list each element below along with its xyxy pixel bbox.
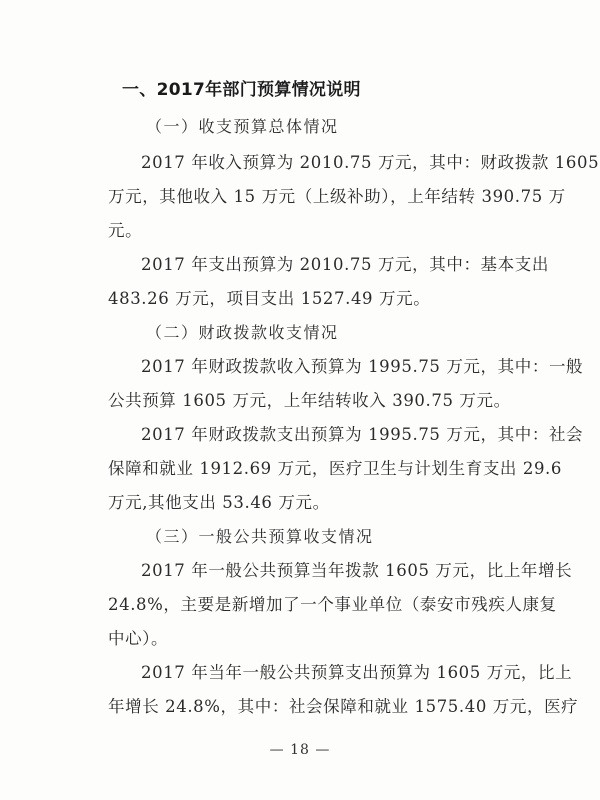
paragraph-line: 万元，其他收入 15 万元（上级补助），上年结转 390.75 万 [108,187,566,207]
paragraph-line: 公共预算 1605 万元，上年结转收入 390.75 万元。 [108,391,511,411]
paragraph-line: 2017 年财政拨款支出预算为 1995.75 万元，其中：社会 [141,425,583,445]
paragraph-line: 2017 年当年一般公共预算支出预算为 1605 万元，比上 [141,663,572,683]
paragraph-line: 2017 年支出预算为 2010.75 万元，其中：基本支出 [141,255,549,275]
section-title: 一、2017年部门预算情况说明 [122,80,361,100]
paragraph-line: 中心）。 [108,629,168,649]
subsection-heading-3: （三）一般公共预算收支情况 [146,527,374,547]
paragraph-line: 2017 年一般公共预算当年拨款 1605 万元，比上年增长 [141,561,572,581]
paragraph-line: 483.26 万元，项目支出 1527.49 万元。 [108,289,430,309]
paragraph-line: 元。 [108,221,142,241]
paragraph-line: 2017 年财政拨款收入预算为 1995.75 万元，其中：一般 [141,357,583,377]
subsection-heading-2: （二）财政拨款收支情况 [146,323,339,343]
paragraph-line: 保障和就业 1912.69 万元，医疗卫生与计划生育支出 29.6 [108,459,562,479]
subsection-heading-1: （一）收支预算总体情况 [146,117,339,137]
paragraph-line: 万元,其他支出 53.46 万元。 [108,493,330,513]
paragraph-line: 2017 年收入预算为 2010.75 万元，其中：财政拨款 1605 [141,153,599,173]
document-page: 一、2017年部门预算情况说明 （一）收支预算总体情况 2017 年收入预算为 … [0,0,600,800]
paragraph-line: 24.8%，主要是新增加了一个事业单位（泰安市残疾人康复 [108,595,557,615]
page-number: — 18 — [0,742,600,758]
paragraph-line: 年增长 24.8%，其中：社会保障和就业 1575.40 万元，医疗 [108,697,578,717]
